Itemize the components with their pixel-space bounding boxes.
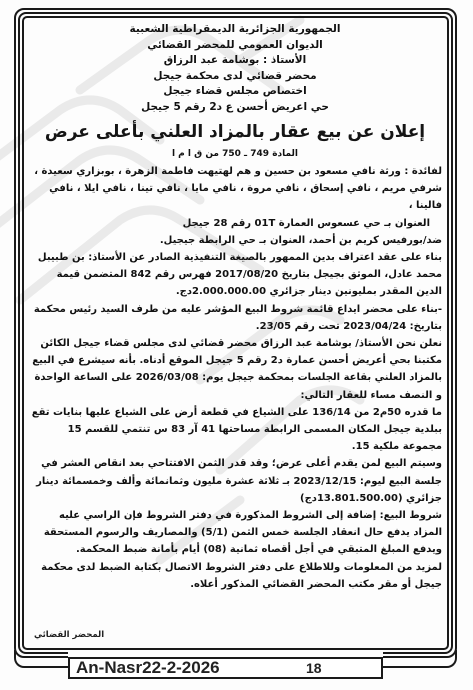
basis-debt-contract: بناء على عقد اعتراف بدين الممهور بالصيغة… <box>28 249 442 301</box>
more-info: لمزيد من المعلومات وللاطلاع على دفتر الش… <box>28 559 442 593</box>
header-office: الديوان العمومي للمحضر القضائي <box>28 38 442 54</box>
publication-date: An-Nasr22-2-2026 <box>70 658 220 678</box>
legal-article: المادة 749 ـ 750 من ق ا م ا <box>28 146 442 162</box>
footer-band: An-Nasr22-2-2026 18 <box>68 657 383 679</box>
page-number: 18 <box>306 660 322 676</box>
notice-title: إعلان عن بيع عقار بالمزاد العلني بأعلى ع… <box>28 119 442 145</box>
header-address: حي اعريض أحسن ع د2 رقم 5 جيجل <box>28 100 442 116</box>
newspaper-clipping: الجمهورية الجزائرية الديمقراطية الشعبية … <box>0 0 473 690</box>
header-jurisdiction: اختصاص مجلس قضاء جيجل <box>28 84 442 100</box>
header-bailiff-name: الأستاذ : بوشامة عبد الرزاق <box>28 53 442 69</box>
basis-conditions-deposit: -بناء على محضر ايداع قائمة شروط البيع ال… <box>28 301 442 335</box>
beneficiary-address: العنوان بـ حي عسعوس العمارة 01T رقم 28 ج… <box>28 215 442 232</box>
frame-bottom-right-corner <box>381 650 457 668</box>
notice-header: الجمهورية الجزائرية الديمقراطية الشعبية … <box>28 22 442 115</box>
notice-body: لفائدة : ورثة نافي مسعود بن حسين و هم له… <box>28 163 442 593</box>
beneficiary-paragraph: لفائدة : ورثة نافي مسعود بن حسين و هم له… <box>28 163 442 215</box>
notice-content: الجمهورية الجزائرية الديمقراطية الشعبية … <box>28 22 442 593</box>
header-court: محضر قضائي لدى محكمة جيجل <box>28 69 442 85</box>
header-republic: الجمهورية الجزائرية الديمقراطية الشعبية <box>28 22 442 38</box>
sale-announcement: نعلن نحن الأستاذ/ بوشامة عبد الرزاق محضر… <box>28 335 442 404</box>
frame-bottom-left-corner <box>14 650 70 668</box>
property-description: ما قدره 50م2 من 136/14 على الشياع في قطع… <box>28 404 442 456</box>
signature-bailiff: المحضر القضائي <box>34 630 104 640</box>
sale-conditions: شروط البيع: إضافة إلى الشروط المذكورة في… <box>28 507 442 559</box>
opening-price: وسيتم البيع لمن يقدم أعلى عرض؛ وقد قدر ا… <box>28 455 442 507</box>
against-party: ضد/بورفيس كريم بن أحمد، العنوان بـ حي ال… <box>28 232 442 249</box>
